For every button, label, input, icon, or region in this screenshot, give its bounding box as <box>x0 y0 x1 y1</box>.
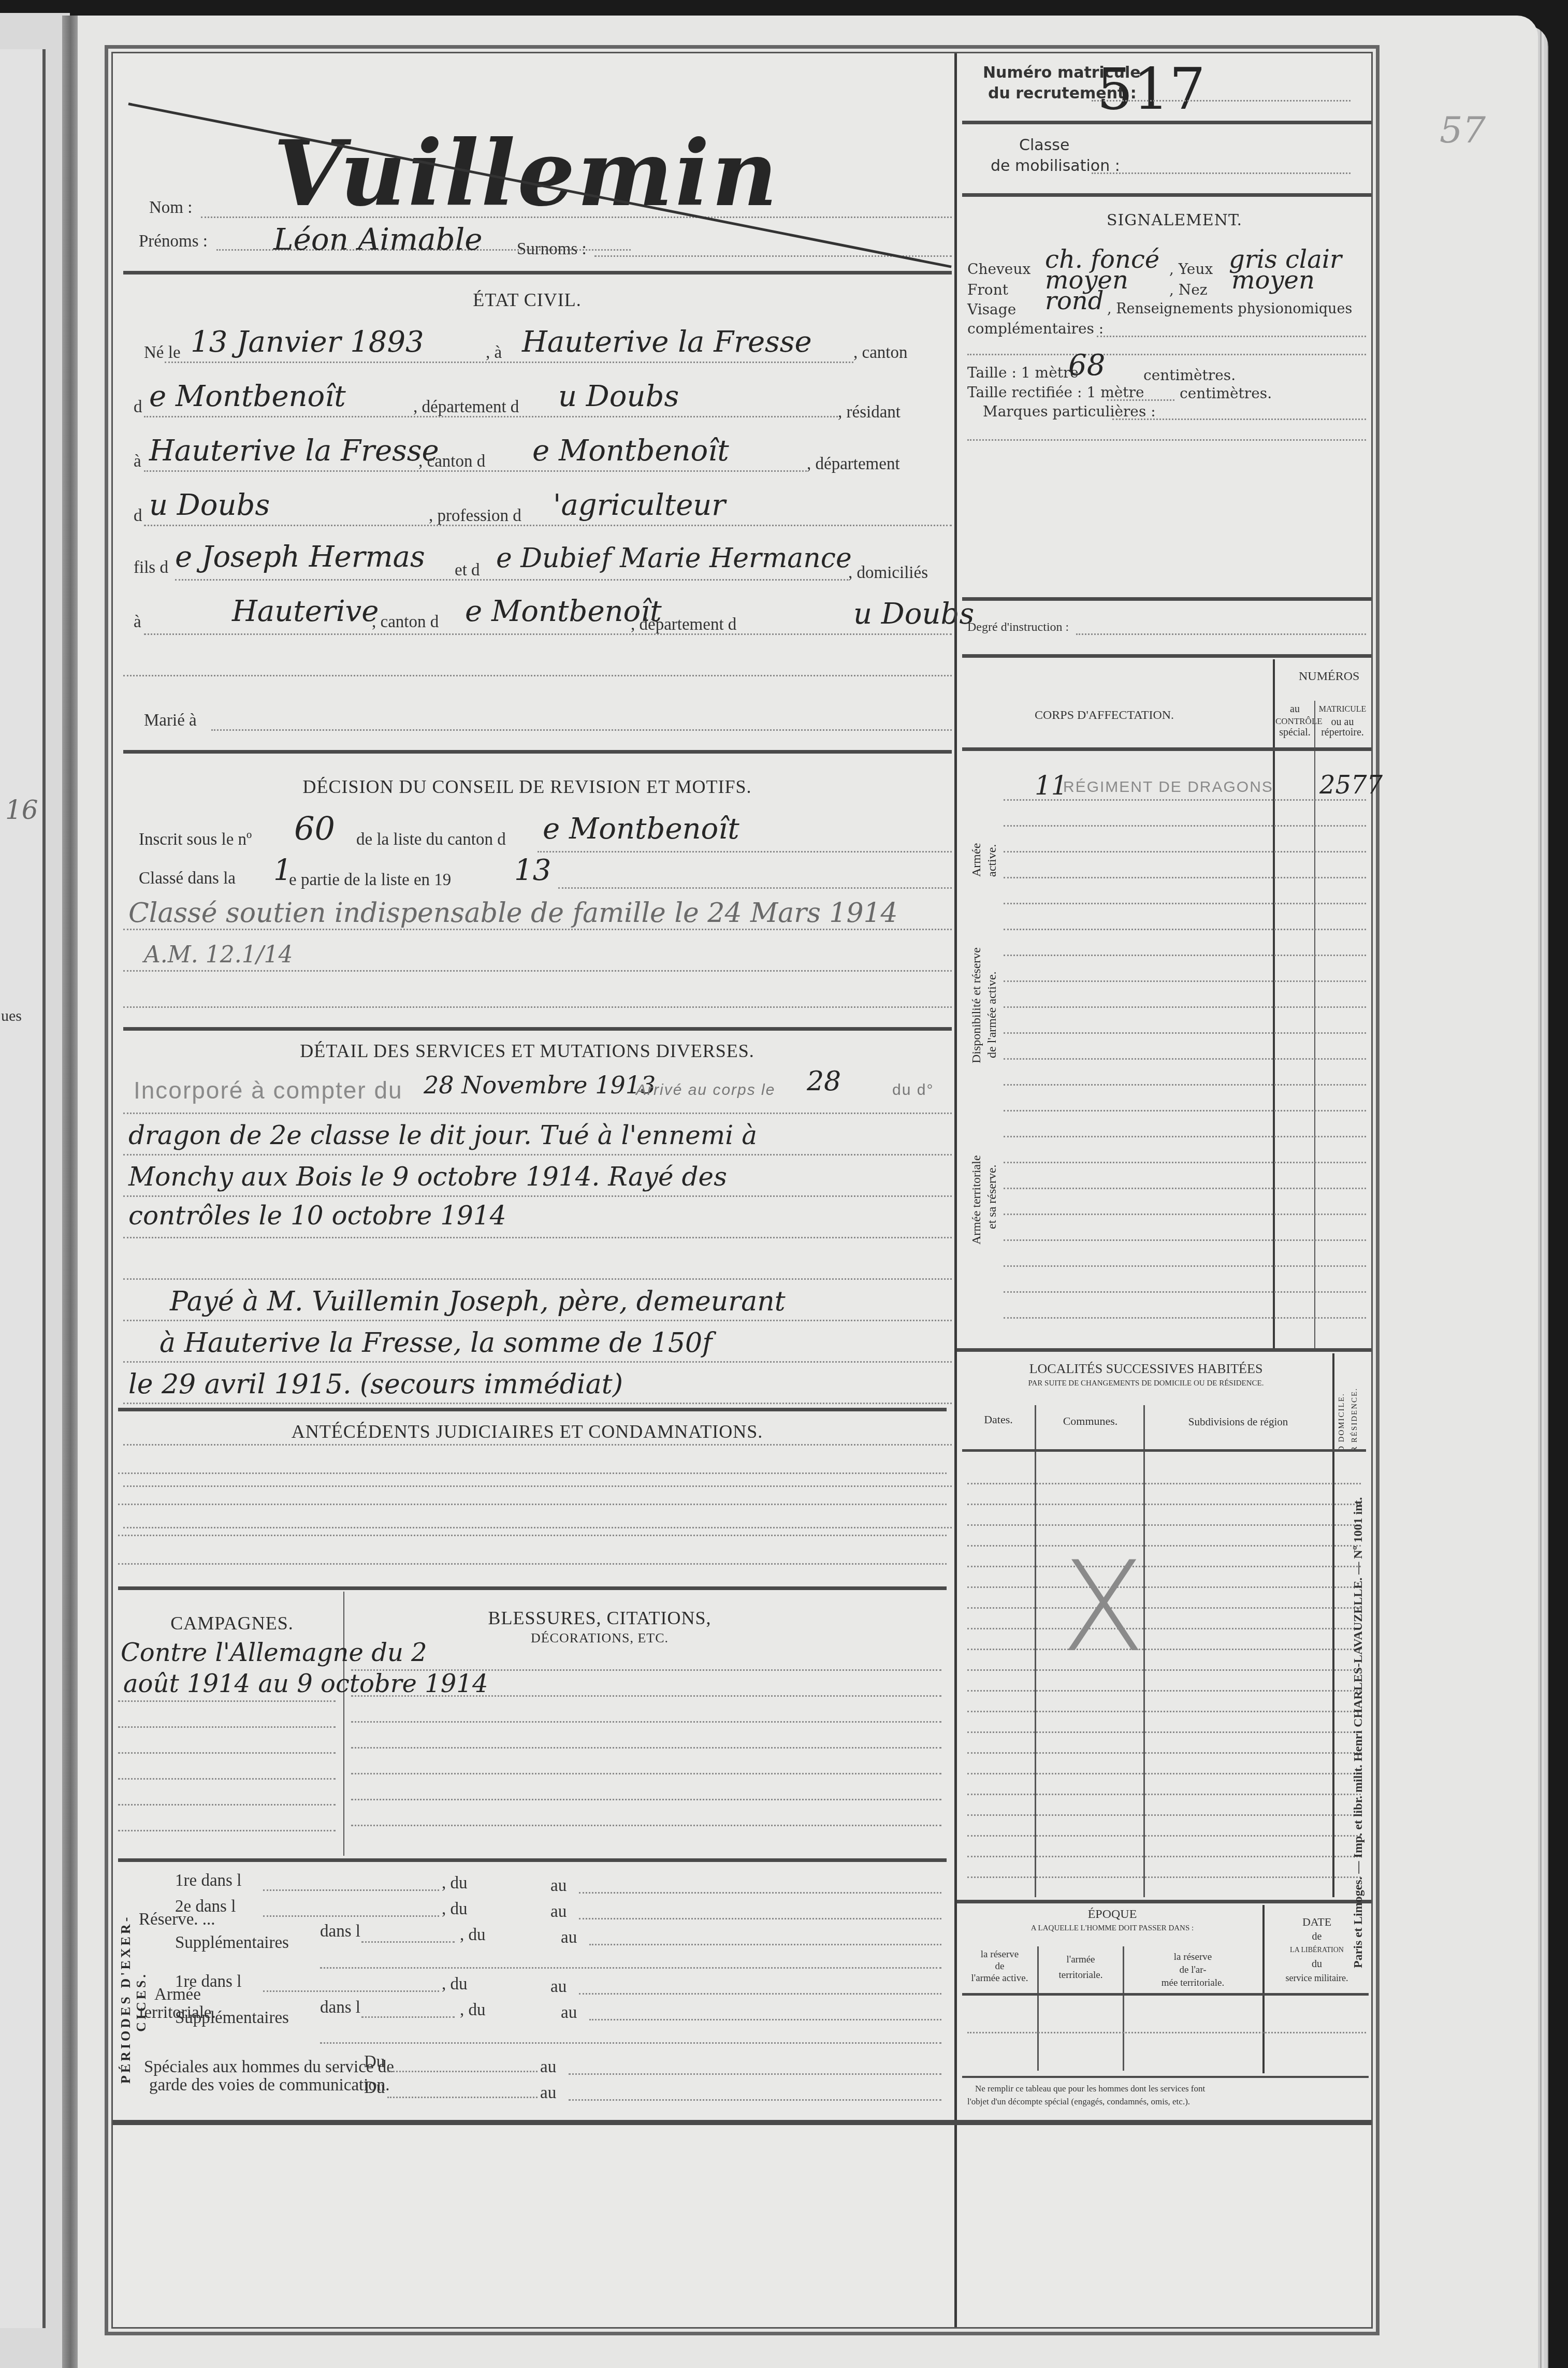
visage-value: rond <box>1045 286 1104 315</box>
dotline <box>361 2016 455 2018</box>
signalement-title: SIGNALEMENT. <box>1045 211 1304 229</box>
decision-reference: A.M. 12.1/14 <box>144 942 293 968</box>
inscrit-label: Inscrit sous le nº <box>139 830 252 849</box>
dotline <box>967 354 1366 355</box>
territoriale-label: et sa réserve. <box>985 1164 999 1229</box>
taille-value: 68 <box>1068 349 1105 382</box>
section-rule <box>118 1586 947 1590</box>
controle-header: spécial. <box>1275 727 1314 739</box>
epoque-col3-header: de l'ar- <box>1124 1965 1261 1976</box>
dotline <box>1004 877 1366 878</box>
du-label: Du <box>364 2053 385 2072</box>
d-label: d <box>134 507 142 526</box>
dotline <box>1004 903 1366 904</box>
au-label: au <box>561 1928 577 1947</box>
arrival-date-value: 28 <box>807 1066 841 1097</box>
corps-affectation-header: CORPS D'AFFECTATION. <box>1035 709 1174 723</box>
campagne-line: août 1914 au 9 octobre 1914 <box>123 1669 488 1698</box>
armee-active-label: Armée <box>970 843 984 877</box>
dotline <box>1092 100 1351 102</box>
dotline <box>579 1892 941 1894</box>
periodes-side-label: PÉRIODES D'EXER- <box>118 1915 134 2084</box>
epoque-col2-header: l'armée <box>1039 1954 1123 1966</box>
dotline <box>361 1941 455 1943</box>
decision-title: DÉCISION DU CONSEIL DE REVISION ET MOTIF… <box>216 776 838 798</box>
dotline <box>1004 980 1366 982</box>
dotline <box>1004 1162 1366 1163</box>
dotline <box>320 1967 941 1969</box>
canton-label: , canton <box>853 343 907 363</box>
complementaires-label: complémentaires : <box>967 320 1104 337</box>
parents-domicile-value: Hauterive <box>232 595 379 628</box>
section-rule <box>962 193 1371 197</box>
dotline <box>1004 1188 1366 1189</box>
d-label: d <box>134 398 142 417</box>
printer-imprint: Paris et Limoges. — Imp. et libr. milit.… <box>1352 1497 1366 1968</box>
dotline <box>967 1607 1361 1609</box>
du-label: , du <box>460 1926 486 1945</box>
departement-label: , département <box>807 455 900 474</box>
nez-label: , Nez <box>1169 281 1208 298</box>
dotline <box>118 1752 336 1754</box>
dotline <box>123 929 952 930</box>
localites-subtitle: PAR SUITE DE CHANGEMENTS DE DOMICILE OU … <box>962 1379 1330 1388</box>
dotline <box>1004 851 1366 853</box>
dotline <box>967 1814 1361 1816</box>
dotline <box>967 1856 1361 1857</box>
dotline <box>967 1504 1361 1505</box>
dotline <box>351 1695 941 1697</box>
identity-bottom-rule <box>123 271 952 275</box>
col-domicile-header: D DOMICILE. <box>1338 1393 1346 1452</box>
speciales-label: Spéciales aux hommes du service de <box>144 2058 394 2077</box>
dotline <box>558 887 952 889</box>
decision-note: Classé soutien indispensable de famille … <box>128 898 898 929</box>
liste-canton-label: de la liste du canton d <box>356 830 506 849</box>
dotline <box>1097 336 1366 337</box>
dotline <box>351 1747 941 1749</box>
dans-label: dans l <box>320 1922 360 1941</box>
nez-value: moyen <box>1231 266 1315 295</box>
departement-value: u Doubs <box>558 380 679 413</box>
nom-value: Vuillemin <box>273 121 779 227</box>
prenoms-value: Léon Aimable <box>273 222 483 257</box>
departement-label: , département d <box>631 615 736 634</box>
annee-value: 13 <box>514 854 551 887</box>
dotline <box>589 1944 941 1945</box>
dotline <box>387 2097 538 2098</box>
dotline <box>967 1835 1361 1837</box>
section-rule <box>962 654 1371 658</box>
dotline <box>1004 1214 1366 1215</box>
a-label: à <box>134 613 141 632</box>
epoque-note: l'objet d'un décompte spécial (engagés, … <box>967 2097 1190 2107</box>
dotline <box>1112 418 1366 420</box>
renseignements-label: , Renseignements physionomiques <box>1107 301 1352 317</box>
departement-value: u Doubs <box>149 488 270 522</box>
dotline <box>967 1483 1361 1484</box>
numeros-header: NUMÉROS <box>1299 670 1359 684</box>
payment-line: le 29 avril 1915. (secours immédiat) <box>128 1369 623 1400</box>
dotline <box>387 2071 538 2072</box>
dotline <box>118 1778 336 1780</box>
dotline <box>967 1649 1361 1650</box>
dotline <box>144 416 838 417</box>
col-subdivisions-header: Subdivisions de région <box>1145 1416 1331 1428</box>
dotline <box>144 525 952 526</box>
date-liberation-header: service militaire. <box>1265 1973 1369 1984</box>
dotline <box>967 1731 1361 1733</box>
localites-title: LOCALITÉS SUCCESSIVES HABITÉES <box>962 1361 1330 1377</box>
dotline <box>263 1915 439 1917</box>
supplementaires-label: Supplémentaires <box>175 2009 289 2028</box>
numero-matricule-value: 517 <box>1097 56 1206 122</box>
dotline <box>1004 1110 1366 1111</box>
marie-label: Marié à <box>144 711 197 730</box>
epoque-header-rule <box>962 1993 1369 1996</box>
du-label: , du <box>442 1975 468 1994</box>
dotline <box>569 2073 941 2075</box>
section-rule <box>957 1348 1371 1352</box>
du-label: , du <box>442 1900 468 1919</box>
col-dates-header: Dates. <box>962 1413 1035 1426</box>
dotline <box>263 1889 439 1891</box>
dotline <box>144 470 807 472</box>
dotline <box>165 362 853 363</box>
dotline <box>118 1563 947 1565</box>
column-divider <box>954 53 957 2327</box>
dotline <box>123 1485 952 1487</box>
dotline <box>1107 399 1174 401</box>
dotline <box>967 1628 1361 1629</box>
residence-value: Hauterive la Fresse <box>149 434 439 468</box>
matricule-repertoire-value: 2577 <box>1319 771 1383 800</box>
dotline <box>123 1006 952 1008</box>
inscrit-number-value: 60 <box>294 810 335 847</box>
service-line: Monchy aux Bois le 9 octobre 1914. Rayé … <box>128 1162 727 1192</box>
payment-line: à Hauterive la Fresse, la somme de 150f <box>159 1327 712 1359</box>
ne-le-label: Né le <box>144 343 181 363</box>
speciales-label: garde des voies de communication. <box>149 2076 390 2095</box>
cheveux-label: Cheveux <box>967 261 1030 278</box>
left-fragment-number: 16 <box>5 795 38 825</box>
dotline <box>967 1773 1361 1774</box>
dotline <box>1004 1291 1366 1293</box>
father-value: e Joseph Hermas <box>175 540 425 574</box>
reserve-1re-label: 1re dans l <box>175 1871 241 1890</box>
epoque-col2-header: territoriale. <box>1039 1970 1123 1981</box>
canton-label: , canton d <box>372 613 439 632</box>
dotline <box>123 1113 952 1114</box>
canton-label: , canton d <box>418 452 485 471</box>
dotline <box>123 970 952 972</box>
epoque-note: Ne remplir ce tableau que pour les homme… <box>975 2084 1205 2094</box>
payment-line: Payé à M. Vuillemin Joseph, père, demeur… <box>170 1286 786 1317</box>
dotline <box>351 1773 941 1774</box>
dotline <box>1004 1084 1366 1086</box>
a-label: , à <box>486 343 502 363</box>
dotline <box>1004 825 1366 827</box>
surnoms-label: Surnoms : <box>517 240 587 259</box>
col-communes-header: Communes. <box>1037 1414 1143 1428</box>
dotline <box>123 1195 952 1197</box>
service-line: contrôles le 10 octobre 1914 <box>128 1201 506 1231</box>
et-label: et d <box>455 561 480 580</box>
section-rule <box>123 750 952 754</box>
dotline <box>351 1669 941 1671</box>
decision-canton-value: e Montbenoît <box>543 812 739 846</box>
blessures-title: BLESSURES, CITATIONS, <box>403 1607 796 1629</box>
dotline <box>967 2032 1366 2033</box>
dotline <box>123 1237 952 1238</box>
dotline <box>123 1403 952 1404</box>
territoriale-1re-label: 1re dans l <box>175 1972 241 1991</box>
regiment-stamp: RÉGIMENT DE DRAGONS <box>1063 778 1273 796</box>
dotline <box>1004 799 1366 801</box>
profession-value: 'agriculteur <box>553 488 725 522</box>
profession-label: , profession d <box>429 507 521 526</box>
dotline <box>263 1990 439 1992</box>
incorporation-date-value: 28 Novembre 1913 <box>424 1071 656 1099</box>
dotline <box>211 729 952 731</box>
dotline <box>351 1825 941 1826</box>
epoque-date-divider <box>1262 1905 1265 2073</box>
dotline <box>1004 1239 1366 1241</box>
dotline <box>1004 1058 1366 1060</box>
du-label: Du <box>364 2078 385 2098</box>
classe-mobilisation-label: Classe <box>1019 136 1069 154</box>
dotline <box>1076 633 1366 635</box>
dotline <box>123 675 952 676</box>
epoque-col3-header: mée territoriale. <box>1124 1977 1261 1989</box>
epoque-subtitle: A LAQUELLE L'HOMME DOIT PASSER DANS : <box>962 1924 1262 1933</box>
dotline <box>123 1444 952 1446</box>
front-label: Front <box>967 281 1008 298</box>
nom-label: Nom : <box>149 198 192 218</box>
dotline <box>579 1918 941 1919</box>
section-rule <box>123 1027 952 1031</box>
campagnes-divider <box>343 1592 344 1856</box>
epoque-col1-header: l'armée active. <box>962 1973 1037 1984</box>
left-fragment: ues <box>1 1007 22 1025</box>
du-label: , du <box>442 1874 468 1893</box>
dotline <box>967 1690 1361 1692</box>
dotline <box>118 1504 947 1505</box>
dotline <box>967 1566 1361 1567</box>
au-label: au <box>540 2058 556 2077</box>
dotline <box>351 1799 941 1800</box>
du-label: , du <box>460 2001 486 2020</box>
controle-header: au <box>1275 703 1314 715</box>
canton-value: e Montbenoît <box>532 434 729 468</box>
blessures-subtitle: DÉCORATIONS, ETC. <box>403 1630 796 1646</box>
visage-label: Visage <box>967 301 1016 318</box>
degre-instruction-label: Degré d'instruction : <box>967 620 1069 634</box>
fils-label: fils d <box>134 558 168 577</box>
form-bottom-rule <box>113 2120 1371 2125</box>
taille-label: Taille : 1 mètre <box>967 364 1079 381</box>
dotline <box>1004 1136 1366 1137</box>
departement-label: , département d <box>413 398 519 417</box>
dotline <box>1004 929 1366 930</box>
dotline <box>118 1472 947 1474</box>
epoque-col1-header: de <box>962 1961 1037 1972</box>
dotline <box>118 1726 336 1728</box>
dotline <box>967 1752 1361 1754</box>
dotline <box>351 1721 941 1723</box>
matricule-header: MATRICULE <box>1315 705 1370 714</box>
pencil-cross-mark: X <box>1061 1535 1145 1680</box>
residant-label: , résidant <box>838 403 901 422</box>
col-residence-header: R RÉSIDENCE. <box>1351 1388 1359 1452</box>
dates-divider <box>1035 1405 1036 1897</box>
page-number: 57 <box>1440 109 1486 151</box>
section-rule <box>962 597 1371 601</box>
dans-label: dans l <box>320 1998 360 2017</box>
section-rule <box>118 1858 947 1862</box>
epoque-bottom-rule <box>962 2076 1369 2078</box>
disponibilite-label: Disponibilité et réserve <box>970 947 984 1063</box>
arrive-stamp: Arrivé au corps le <box>636 1081 775 1099</box>
marques-label: Marques particulières : <box>983 403 1156 420</box>
yeux-label: , Yeux <box>1169 261 1213 278</box>
dotline <box>579 1993 941 1995</box>
dotline <box>967 439 1366 441</box>
dotline <box>320 2042 941 2044</box>
centimetres-label: centimètres. <box>1180 385 1272 402</box>
section-rule <box>962 747 1371 751</box>
dotline <box>123 1320 952 1321</box>
dotline <box>1004 955 1366 956</box>
dotline <box>123 1154 952 1156</box>
dotline <box>967 1711 1361 1712</box>
service-line: dragon de 2e classe le dit jour. Tué à l… <box>128 1120 757 1150</box>
section-rule <box>957 1900 1371 1903</box>
dotline <box>123 1527 952 1528</box>
dotline <box>118 1700 336 1702</box>
matricule-header: répertoire. <box>1315 727 1370 739</box>
du-stamp: du d° <box>892 1081 934 1099</box>
prenoms-label: Prénoms : <box>139 232 208 251</box>
epoque-title: ÉPOQUE <box>962 1908 1262 1922</box>
au-label: au <box>550 1876 567 1896</box>
dotline <box>538 851 952 853</box>
dotline <box>967 1794 1361 1795</box>
section-rule <box>118 1408 947 1411</box>
dotline <box>118 1804 336 1806</box>
section-rule <box>962 121 1371 124</box>
dotline <box>1004 1032 1366 1034</box>
campagnes-title: CAMPAGNES. <box>154 1612 310 1634</box>
epoque-col1-header: la réserve <box>962 1949 1037 1960</box>
services-title: DÉTAIL DES SERVICES ET MUTATIONS DIVERSE… <box>216 1040 838 1062</box>
canton-value: e Montbenoît <box>149 380 346 413</box>
au-label: au <box>540 2084 556 2103</box>
campagne-line: Contre l'Allemagne du 2 <box>121 1638 427 1667</box>
dotline <box>589 2019 941 2020</box>
birth-date-value: 13 Janvier 1893 <box>191 325 424 359</box>
localites-header-rule <box>962 1449 1366 1452</box>
dotline <box>1092 172 1351 174</box>
dotline <box>1004 1006 1366 1008</box>
affectation-divider <box>1273 659 1275 1348</box>
epoque-col3-header: la réserve <box>1124 1952 1261 1963</box>
dotline <box>569 2099 941 2101</box>
supplementaires-label: Supplémentaires <box>175 1933 289 1953</box>
partie-label: e partie de la liste en 19 <box>289 871 451 890</box>
dotline <box>118 1830 336 1831</box>
antecedents-title: ANTÉCÉDENTS JUDICIAIRES ET CONDAMNATIONS… <box>216 1421 838 1442</box>
birthplace-value: Hauterive la Fresse <box>522 325 812 359</box>
territoriale-label: Armée territoriale <box>970 1155 984 1245</box>
dotline <box>123 1361 952 1363</box>
mother-value: e Dubief Marie Hermance <box>496 543 852 574</box>
reserve-2e-label: 2e dans l <box>175 1897 236 1916</box>
registre-matricule-form: Nom : Vuillemin Prénoms : Léon Aimable S… <box>111 52 1373 2329</box>
domicilies-label: , domiciliés <box>848 564 928 583</box>
au-label: au <box>550 1977 567 1997</box>
au-label: au <box>550 1902 567 1922</box>
dotline <box>1004 1265 1366 1267</box>
etat-civil-title: ÉTAT CIVIL. <box>372 289 683 311</box>
dotline <box>1004 1317 1366 1319</box>
dotline <box>967 1545 1361 1547</box>
incorpore-stamp: Incorporé à compter du <box>134 1076 403 1104</box>
classe-label: Classé dans la <box>139 869 236 888</box>
au-label: au <box>561 2003 577 2023</box>
dotline <box>967 1586 1361 1588</box>
disponibilite-label: de l'armée active. <box>985 971 999 1058</box>
affectation-subdivider <box>1314 701 1315 1348</box>
dotline <box>967 1524 1361 1526</box>
dotline <box>967 1669 1361 1671</box>
taille-rectifiee-label: Taille rectifiée : 1 mètre <box>967 384 1144 401</box>
left-page-form-edge: ues 16 <box>0 49 46 2328</box>
dotline <box>123 1278 952 1280</box>
controle-header: CONTRÔLE <box>1275 716 1314 727</box>
centimetres-label: centimètres. <box>1143 367 1236 384</box>
dotline <box>967 1876 1361 1878</box>
dotline <box>175 579 848 581</box>
dotline <box>118 1535 947 1536</box>
armee-active-label: active. <box>985 844 999 877</box>
a-label: à <box>134 452 141 471</box>
dotline <box>144 633 952 635</box>
